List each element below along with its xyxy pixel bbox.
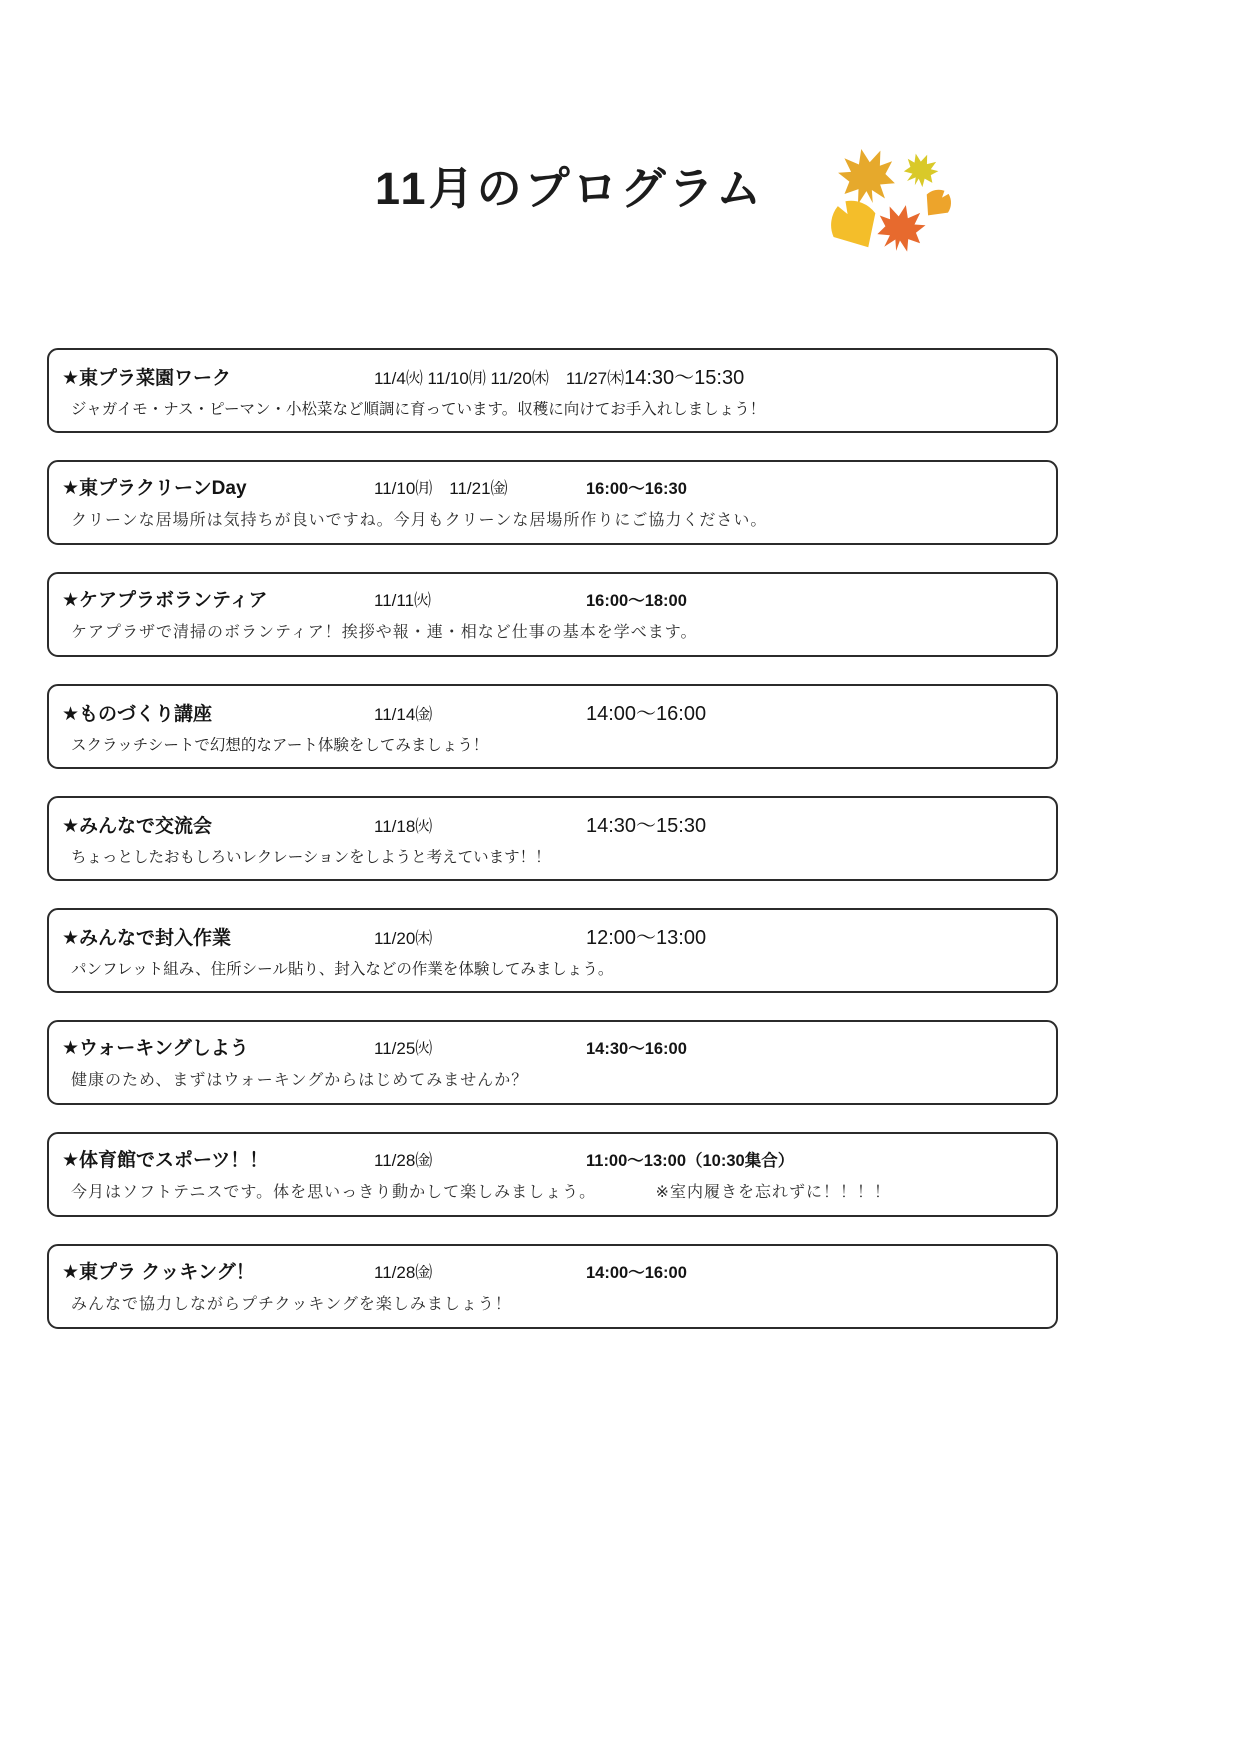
maple-leaf-yellowgreen-icon xyxy=(900,149,943,192)
event-dates: 11/11㈫ xyxy=(374,586,586,611)
event-card-sports: ★体育館でスポーツ！！ 11/28㈮ 11:00〜13:00（10:30集合） … xyxy=(47,1132,1058,1217)
event-title: ★みんなで封入作業 xyxy=(62,923,374,950)
event-time: 14:00〜16:00 xyxy=(586,1259,687,1283)
event-title: ★みんなで交流会 xyxy=(62,811,374,838)
event-dates: 11/20㈭ xyxy=(374,924,586,949)
event-dates: 11/28㈮ xyxy=(374,1258,586,1283)
event-header: ★みんなで交流会 11/18㈫ 14:30〜15:30 xyxy=(62,809,1040,838)
event-description: みんなで協力しながらプチクッキングを楽しみましょう！ xyxy=(62,1291,1040,1314)
event-description: ケアプラザで清掃のボランティア！挨拶や報・連・相など仕事の基本を学べます。 xyxy=(62,619,1040,642)
event-time: 14:30〜16:00 xyxy=(586,1035,687,1059)
event-header: ★東プラ菜園ワーク 11/4㈫ 11/10㈪ 11/20㈭ 11/27㈭ 14:… xyxy=(62,361,1040,390)
event-dates: 11/28㈮ xyxy=(374,1146,586,1171)
event-title: ★東プラ クッキング！ xyxy=(62,1257,374,1284)
event-header: ★東プラ クッキング！ 11/28㈮ 14:00〜16:00 xyxy=(62,1257,1040,1284)
event-card-monozukuri: ★ものづくり講座 11/14㈮ 14:00〜16:00 スクラッチシートで幻想的… xyxy=(47,684,1058,769)
ginkgo-leaf-small-icon xyxy=(917,184,957,224)
event-time: 14:30〜15:30 xyxy=(586,809,706,838)
page-title: 11月のプログラム xyxy=(375,152,764,217)
event-note: ※室内履きを忘れずに！！！！ xyxy=(656,1184,891,1201)
event-header: ★東プラクリーンDay 11/10㈪ 11/21㈮ 16:00〜16:30 xyxy=(62,473,1040,500)
event-title: ★ウォーキングしよう xyxy=(62,1033,374,1060)
event-card-saien-work: ★東プラ菜園ワーク 11/4㈫ 11/10㈪ 11/20㈭ 11/27㈭ 14:… xyxy=(47,348,1058,433)
event-card-funyu-sagyou: ★みんなで封入作業 11/20㈭ 12:00〜13:00 パンフレット組み、住所… xyxy=(47,908,1058,993)
event-dates: 11/18㈫ xyxy=(374,812,586,837)
event-card-clean-day: ★東プラクリーンDay 11/10㈪ 11/21㈮ 16:00〜16:30 クリ… xyxy=(47,460,1058,545)
event-dates: 11/25㈫ xyxy=(374,1034,586,1059)
event-description: パンフレット組み、住所シール貼り、封入などの作業を体験してみましょう。 xyxy=(62,957,1040,979)
event-time: 14:00〜16:00 xyxy=(586,697,706,726)
maple-leaf-gold-icon xyxy=(834,146,899,209)
flyer-page: 11月のプログラム ★東プラ菜園ワーク 11/4㈫ 11/10㈪ 11/20㈭ … xyxy=(0,0,1241,1755)
autumn-leaves-decoration xyxy=(831,146,957,258)
event-header: ★ものづくり講座 11/14㈮ 14:00〜16:00 xyxy=(62,697,1040,726)
event-time: 16:00〜16:30 xyxy=(586,475,687,499)
event-description: ジャガイモ・ナス・ピーマン・小松菜など順調に育っています。収穫に向けてお手入れし… xyxy=(62,397,1040,419)
event-description: ちょっとしたおもしろいレクレーションをしようと考えています！！ xyxy=(62,845,1040,867)
event-dates: 11/10㈪ 11/21㈮ xyxy=(374,474,586,499)
event-card-walking: ★ウォーキングしよう 11/25㈫ 14:30〜16:00 健康のため、まずはウ… xyxy=(47,1020,1058,1105)
event-header: ★ケアプラボランティア 11/11㈫ 16:00〜18:00 xyxy=(62,585,1040,612)
event-title: ★体育館でスポーツ！！ xyxy=(62,1145,374,1172)
event-title: ★東プラクリーンDay xyxy=(62,473,374,500)
maple-leaf-orange-icon xyxy=(873,200,929,256)
event-card-cooking: ★東プラ クッキング！ 11/28㈮ 14:00〜16:00 みんなで協力しなが… xyxy=(47,1244,1058,1329)
event-time: 14:30〜15:30 xyxy=(624,361,744,390)
event-dates: 11/4㈫ 11/10㈪ 11/20㈭ 11/27㈭ xyxy=(374,364,624,389)
event-title: ★東プラ菜園ワーク xyxy=(62,363,374,390)
event-time: 11:00〜13:00（10:30集合） xyxy=(586,1147,794,1171)
event-card-carepla-volunteer: ★ケアプラボランティア 11/11㈫ 16:00〜18:00 ケアプラザで清掃の… xyxy=(47,572,1058,657)
event-time: 16:00〜18:00 xyxy=(586,587,687,611)
event-dates: 11/14㈮ xyxy=(374,700,586,725)
event-header: ★体育館でスポーツ！！ 11/28㈮ 11:00〜13:00（10:30集合） xyxy=(62,1145,1040,1172)
event-time: 12:00〜13:00 xyxy=(586,921,706,950)
event-header: ★みんなで封入作業 11/20㈭ 12:00〜13:00 xyxy=(62,921,1040,950)
event-description: 健康のため、まずはウォーキングからはじめてみませんか？ xyxy=(62,1067,1040,1090)
event-header: ★ウォーキングしよう 11/25㈫ 14:30〜16:00 xyxy=(62,1033,1040,1060)
event-description: スクラッチシートで幻想的なアート体験をしてみましょう！ xyxy=(62,733,1040,755)
event-card-kouryukai: ★みんなで交流会 11/18㈫ 14:30〜15:30 ちょっとしたおもしろいレ… xyxy=(47,796,1058,881)
event-title: ★ケアプラボランティア xyxy=(62,585,374,612)
event-title: ★ものづくり講座 xyxy=(62,699,374,726)
event-list: ★東プラ菜園ワーク 11/4㈫ 11/10㈪ 11/20㈭ 11/27㈭ 14:… xyxy=(47,348,1058,1356)
event-description: クリーンな居場所は気持ちが良いですね。今月もクリーンな居場所作りにご協力ください… xyxy=(62,507,1040,530)
event-description-row: 今月はソフトテニスです。体を思いっきり動かして楽しみましょう。 ※室内履きを忘れ… xyxy=(62,1179,1040,1202)
event-description: 今月はソフトテニスです。体を思いっきり動かして楽しみましょう。 xyxy=(71,1184,596,1201)
